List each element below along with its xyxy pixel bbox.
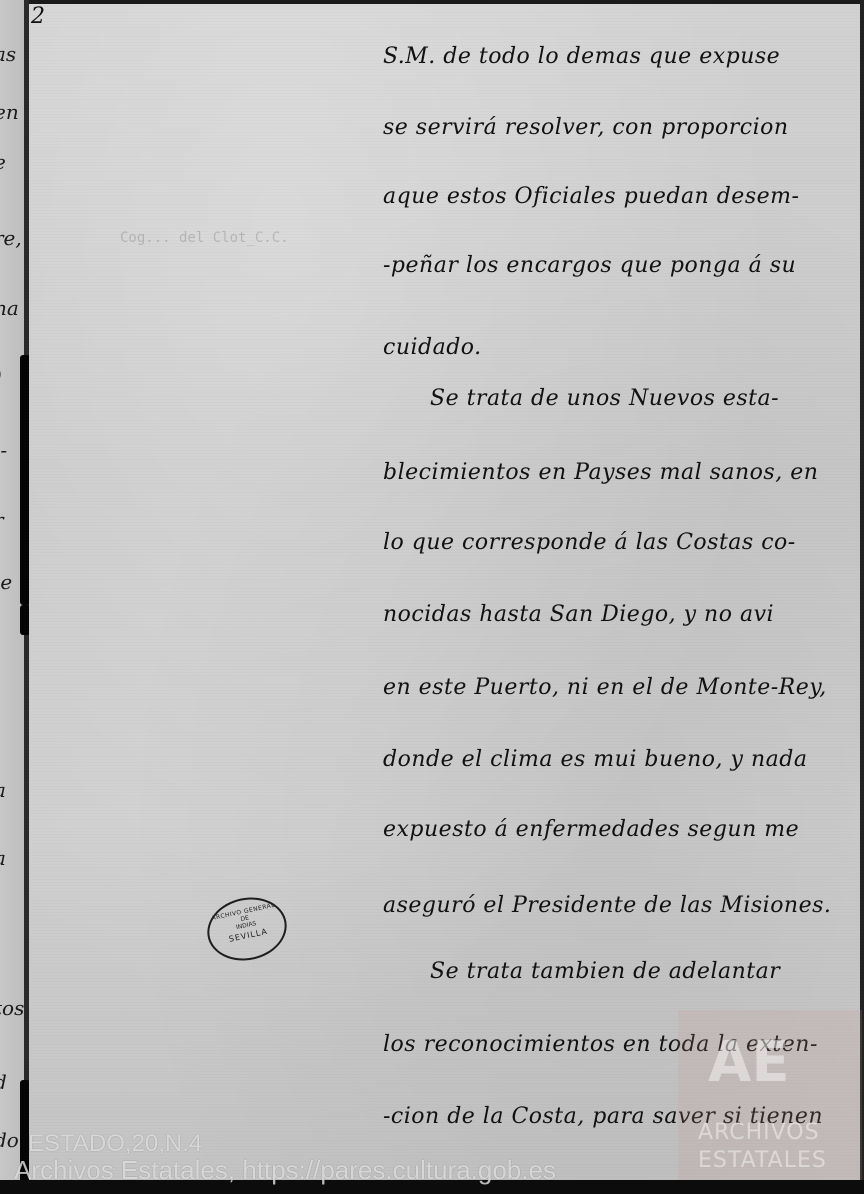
manuscript-line: S.M. de todo lo demas que expuse — [383, 44, 853, 69]
manuscript-line: blecimientos en Payses mal sanos, en — [383, 460, 853, 485]
paragraph-start-line: Se trata de unos Nuevos esta- — [430, 386, 864, 411]
paragraph-start-line: Se trata tambien de adelantar — [430, 959, 864, 984]
credit-watermark: Archivos Estatales, https://pares.cultur… — [14, 1155, 556, 1186]
margin-fragment: as — [0, 42, 16, 66]
manuscript-line: aque estos Oficiales puedan desem- — [383, 184, 853, 209]
page-top-edge — [29, 0, 864, 4]
manuscript-line: en este Puerto, ni en el de Monte-Rey, — [383, 675, 853, 700]
margin-fragment: r — [0, 508, 4, 532]
manuscript-line: expuesto á enfermedades segun me — [383, 817, 853, 842]
margin-fragment: i- — [0, 438, 7, 462]
margin-fragment: ) — [0, 364, 2, 388]
manuscript-line: aseguró el Presidente de las Misiones. — [383, 893, 853, 918]
margin-fragment: a — [0, 846, 6, 870]
manuscript-line: nocidas hasta San Diego, y no avi — [383, 602, 853, 627]
manuscript-line: -peñar los encargos que ponga á su — [383, 253, 853, 278]
margin-fragment: do — [0, 1128, 19, 1152]
logo-text: ESTATALES — [698, 1148, 827, 1173]
manuscript-line: donde el clima es mui bueno, y nada — [383, 747, 853, 772]
manuscript-line: se servirá resolver, con proporcion — [383, 115, 853, 140]
margin-fragment: en — [0, 100, 19, 124]
bleed-through-text: Cog... del Clot_C.C. — [120, 230, 289, 246]
manuscript-line: lo que corresponde á las Costas co- — [383, 530, 853, 555]
archivos-estatales-logo: AE ARCHIVOS ESTATALES — [678, 1010, 862, 1180]
margin-fragment: na — [0, 296, 19, 320]
margin-fragment: d — [0, 1070, 7, 1094]
margin-fragment: re, — [0, 226, 22, 250]
manuscript-page — [29, 0, 864, 1180]
margin-fragment: le — [0, 570, 12, 594]
margin-fragment: tos — [0, 996, 24, 1020]
reference-watermark: ESTADO,20,N.4 — [28, 1130, 202, 1158]
manuscript-scan: as en e re, na ) i- r le l a a l tos d d… — [0, 0, 864, 1194]
folio-number: 2 — [31, 4, 45, 29]
margin-fragment: e — [0, 150, 6, 174]
manuscript-line: cuidado. — [383, 335, 853, 360]
logo-text: ARCHIVOS — [698, 1120, 820, 1145]
margin-fragment: a — [0, 778, 6, 802]
logo-mark: AE — [708, 1030, 790, 1095]
